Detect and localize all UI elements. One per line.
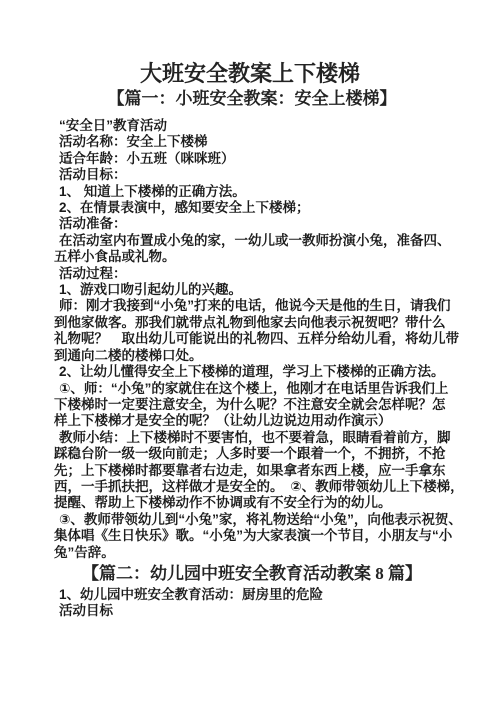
body-line: 五样小食品或礼物。 xyxy=(54,249,450,265)
body-line: 活动准备： xyxy=(54,216,450,232)
body-line: ①、师：“小兔”的家就住在这个楼上，他刚才在电话里告诉我们上 xyxy=(54,381,450,397)
body-line: 兔”告辞。 xyxy=(54,545,450,561)
body-line: 礼物呢？ 取出幼儿可能说出的礼物四、五样分给幼儿看，将幼儿带 xyxy=(54,331,450,347)
body-line: 下楼梯时一定要注意安全，为什么呢？不注意安全就会怎样呢？怎 xyxy=(54,397,450,413)
body-line: “安全日”教育活动 xyxy=(54,118,450,134)
body-line: 活动目标： xyxy=(54,167,450,183)
body-line: 2、让幼儿懂得安全上下楼梯的道理，学习上下楼梯的正确方法。 xyxy=(54,364,450,380)
body-line: 1、 知道上下楼梯的正确方法。 xyxy=(54,184,450,200)
body-line: 提醒、帮助上下楼梯动作不协调或有不安全行为的幼儿。 xyxy=(54,495,450,511)
body-line: 适合年龄：小五班（咪咪班） xyxy=(54,151,450,167)
body-line: 踩稳台阶一级一级向前走；人多时要一个跟着一个，不拥挤，不抢 xyxy=(54,446,450,462)
body-line: 1、幼儿园中班安全教育活动：厨房里的危险 xyxy=(54,587,450,603)
document-content: 【篇一：小班安全教案：安全上楼梯】“安全日”教育活动活动名称：安全上下楼梯适合年… xyxy=(0,87,500,620)
document-page: 大班安全教案上下楼梯 【篇一：小班安全教案：安全上楼梯】“安全日”教育活动活动名… xyxy=(0,0,500,707)
body-line: 活动名称：安全上下楼梯 xyxy=(54,134,450,150)
body-line: 样上下楼梯才是安全的呢？（让幼儿边说边用动作演示） xyxy=(54,413,450,429)
section-heading: 【篇一：小班安全教案：安全上楼梯】 xyxy=(54,87,450,110)
body-line: 活动过程： xyxy=(54,266,450,282)
body-line: 先；上下楼梯时都要靠者右边走，如果拿者东西上楼，应一手拿东 xyxy=(54,463,450,479)
body-line: ③、教师带领幼儿到“小兔”家，将礼物送给“小兔”，向他表示祝贺、 xyxy=(54,512,450,528)
body-line: 在活动室内布置成小兔的家，一幼儿或一教师扮演小兔，准备四、 xyxy=(54,233,450,249)
body-line: 西，一手抓扶把，这样做才是安全的。 ②、教师带领幼儿上下楼梯， xyxy=(54,479,450,495)
body-line: 到通向二楼的楼梯口处。 xyxy=(54,348,450,364)
body-line: 1、游戏口吻引起幼儿的兴趣。 xyxy=(54,282,450,298)
body-line: 集体唱《生日快乐》歌。“小兔”为大家表演一个节目，小朋友与“小 xyxy=(54,528,450,544)
page-title: 大班安全教案上下楼梯 xyxy=(0,0,500,87)
body-line: 教师小结：上下楼梯时不要害怕，也不要着急，眼睛看着前方，脚 xyxy=(54,430,450,446)
body-line: 活动目标 xyxy=(54,603,450,619)
body-line: 到他家做客。那我们就带点礼物到他家去向他表示祝贺吧？带什么 xyxy=(54,315,450,331)
body-line: 2、在情景表演中，感知要安全上下楼梯； xyxy=(54,200,450,216)
section-heading: 【篇二：幼儿园中班安全教育活动教案 8 篇】 xyxy=(54,562,450,585)
body-line: 师：刚才我接到“小兔”打来的电话，他说今天是他的生日，请我们 xyxy=(54,298,450,314)
